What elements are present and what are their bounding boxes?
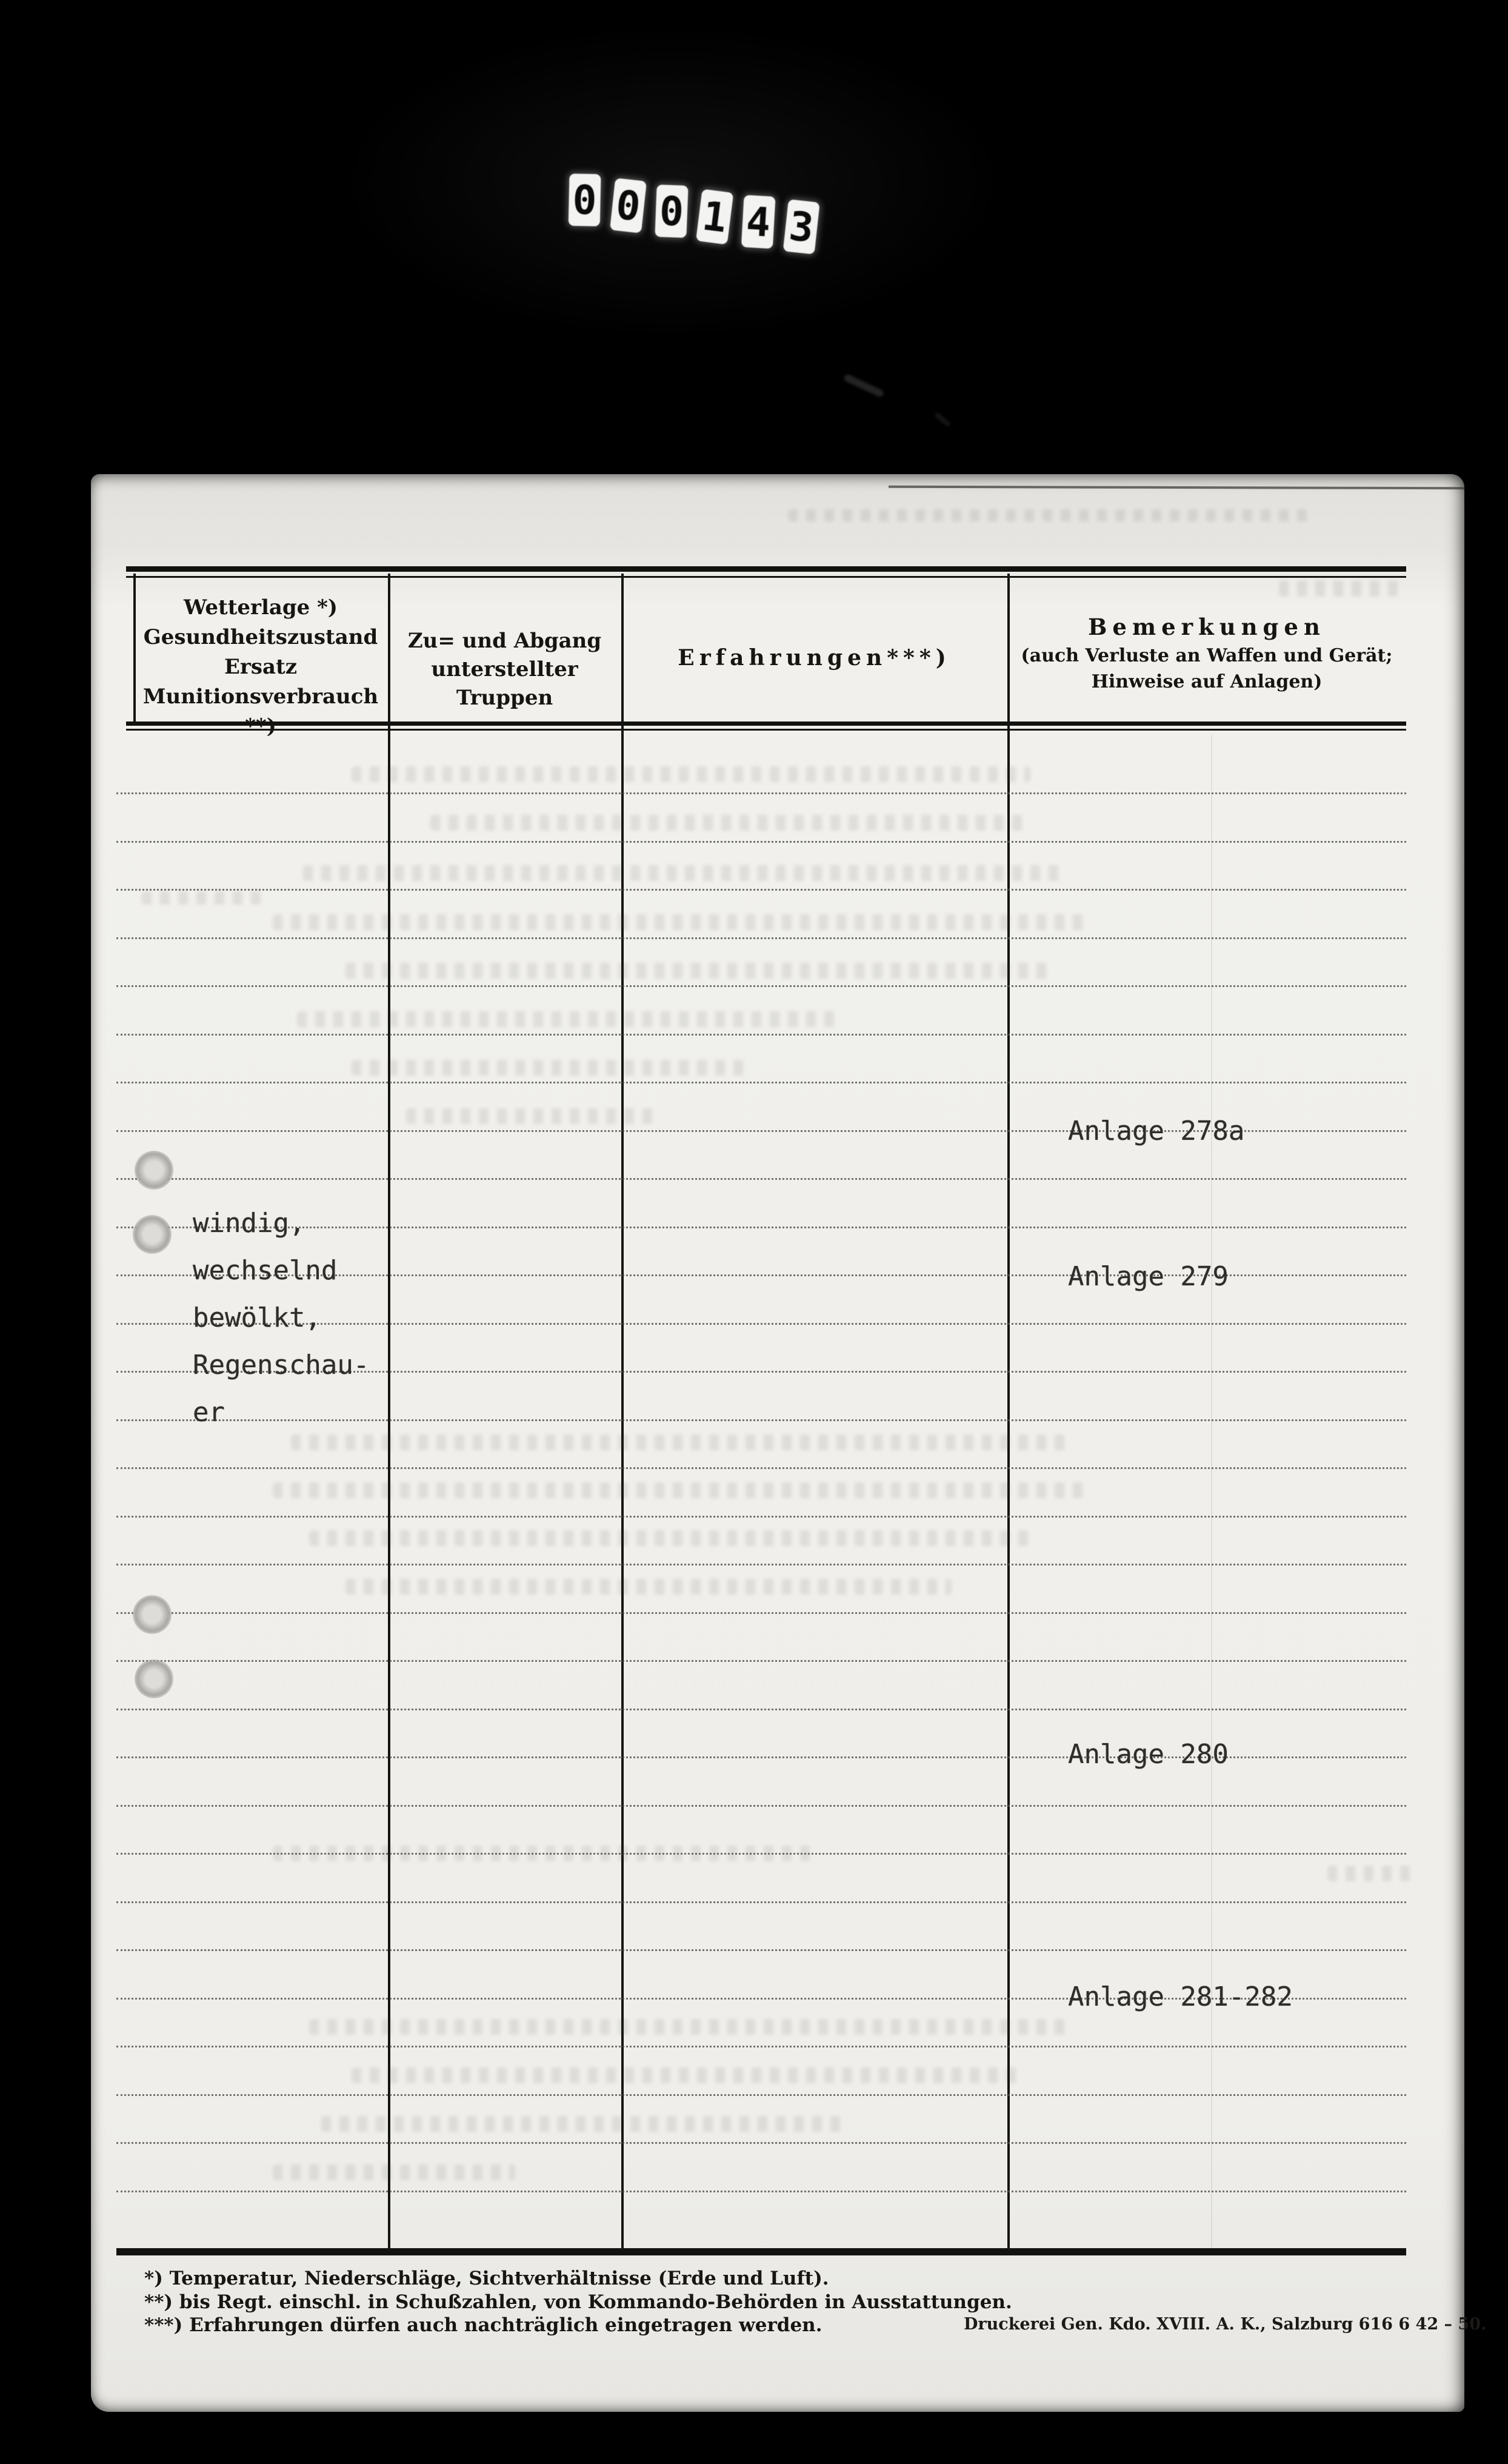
bleed-through xyxy=(352,1060,752,1076)
header-line: Zu= und Abgang xyxy=(388,627,621,655)
dotted-line xyxy=(116,1178,1406,1180)
dotted-line xyxy=(116,1564,1406,1565)
punch-hole xyxy=(133,1215,172,1254)
counter-digit: 3 xyxy=(787,203,816,252)
bleed-through xyxy=(273,914,1085,930)
bleed-through xyxy=(273,1482,1085,1498)
counter-digit: 4 xyxy=(745,198,772,246)
weather-entry-line: wechselnd xyxy=(193,1255,337,1286)
dotted-line xyxy=(116,2046,1406,2047)
counter-digit-tile: 4 xyxy=(741,195,776,249)
counter-digit-tile: 0 xyxy=(610,178,647,233)
weather-entry-line: windig, xyxy=(193,1208,305,1239)
dotted-line xyxy=(116,1805,1406,1807)
counter-digit: 1 xyxy=(700,192,730,241)
anlage-reference: Anlage 281-282 xyxy=(1068,1981,1293,2012)
dotted-line xyxy=(116,2142,1406,2144)
header-line: Munitionsverbrauch **) xyxy=(133,682,388,742)
film-machine-glow xyxy=(339,24,1006,340)
dotted-line xyxy=(116,985,1406,987)
column-header-bemerkungen: Bemerkungen (auch Verluste an Waffen und… xyxy=(1007,611,1406,695)
dotted-line xyxy=(116,2094,1406,2096)
bleed-through xyxy=(142,891,263,905)
counter-digit-tile: 0 xyxy=(655,184,688,238)
column-header-wetterlage: Wetterlage *) Gesundheitszustand Ersatz … xyxy=(133,593,388,742)
counter-digit: 0 xyxy=(614,181,643,230)
dotted-line xyxy=(116,1467,1406,1469)
dotted-line xyxy=(116,792,1406,794)
anlage-reference: Anlage 278a xyxy=(1068,1116,1244,1147)
weather-entry-line: er xyxy=(193,1397,225,1428)
counter-digit-tile: 0 xyxy=(569,173,601,226)
bleed-through xyxy=(303,865,1067,881)
dotted-line xyxy=(116,937,1406,939)
weather-entry-line: Regenschau- xyxy=(193,1350,369,1381)
counter-digit-tile: 3 xyxy=(783,199,820,255)
microfilm-scan: 0 0 0 1 4 3 Wetterlage *) Gesundheitszus… xyxy=(0,0,1508,2464)
header-line: Ersatz xyxy=(133,652,388,682)
dotted-line xyxy=(116,1516,1406,1518)
dotted-line xyxy=(116,1034,1406,1036)
header-line: unterstellter Truppen xyxy=(388,655,621,712)
weather-entry-line: bewölkt, xyxy=(193,1302,321,1333)
header-line: (auch Verluste an Waffen und Gerät; xyxy=(1007,643,1406,669)
column-header-erfahrungen: Erfahrungen***) xyxy=(621,645,1007,671)
header-line: Gesundheitszustand xyxy=(133,623,388,652)
bleed-through xyxy=(1327,1866,1412,1881)
bleed-through xyxy=(273,1846,818,1861)
footnote-1: *) Temperatur, Niederschläge, Sichtverhä… xyxy=(144,2267,1175,2290)
dotted-line xyxy=(116,1901,1406,1903)
dotted-line xyxy=(116,1612,1406,1614)
bleed-through xyxy=(430,815,1030,831)
bleed-through xyxy=(352,766,1030,782)
bleed-through xyxy=(321,2116,842,2132)
bleed-through xyxy=(1279,581,1400,597)
dotted-line xyxy=(116,1419,1406,1421)
dotted-line xyxy=(116,1709,1406,1710)
counter-digit: 0 xyxy=(659,187,685,235)
punch-hole xyxy=(135,1151,173,1190)
dotted-line xyxy=(116,1227,1406,1228)
header-line: Erfahrungen***) xyxy=(621,645,1007,671)
paper-crease xyxy=(1211,735,1212,2251)
dotted-line xyxy=(116,1949,1406,1951)
bleed-through xyxy=(297,1011,842,1027)
header-line: Bemerkungen xyxy=(1007,611,1406,643)
bleed-through xyxy=(352,2067,1018,2083)
film-scratch xyxy=(843,373,885,398)
dotted-line xyxy=(116,841,1406,843)
punch-hole xyxy=(135,1659,173,1698)
punch-hole xyxy=(133,1595,172,1634)
bleed-through xyxy=(788,509,1309,521)
dotted-line xyxy=(116,889,1406,891)
dotted-line xyxy=(116,1660,1406,1662)
counter-digit-tile: 1 xyxy=(696,189,733,245)
film-scratch-small xyxy=(934,412,951,427)
printer-imprint: Druckerei Gen. Kdo. XVIII. A. K., Salzbu… xyxy=(964,2315,1412,2334)
bleed-through xyxy=(291,1435,1067,1450)
dotted-line xyxy=(116,1082,1406,1083)
bleed-through xyxy=(273,2164,515,2180)
column-header-truppen: Zu= und Abgang unterstellter Truppen xyxy=(388,627,621,712)
header-line: Hinweise auf Anlagen) xyxy=(1007,669,1406,695)
bleed-through xyxy=(345,963,1049,979)
war-diary-form-page: Wetterlage *) Gesundheitszustand Ersatz … xyxy=(91,474,1464,2412)
bleed-through xyxy=(345,1579,952,1595)
bleed-through xyxy=(309,1530,1036,1546)
counter-digit: 0 xyxy=(572,176,597,224)
dotted-line xyxy=(116,2191,1406,2192)
footnote-2: **) bis Regt. einschl. in Schußzahlen, v… xyxy=(144,2291,1175,2314)
bleed-through xyxy=(309,2019,1073,2035)
anlage-reference: Anlage 280 xyxy=(1068,1739,1229,1770)
bleed-through xyxy=(406,1108,661,1124)
anlage-reference: Anlage 279 xyxy=(1068,1261,1229,1292)
header-line: Wetterlage *) xyxy=(133,593,388,623)
